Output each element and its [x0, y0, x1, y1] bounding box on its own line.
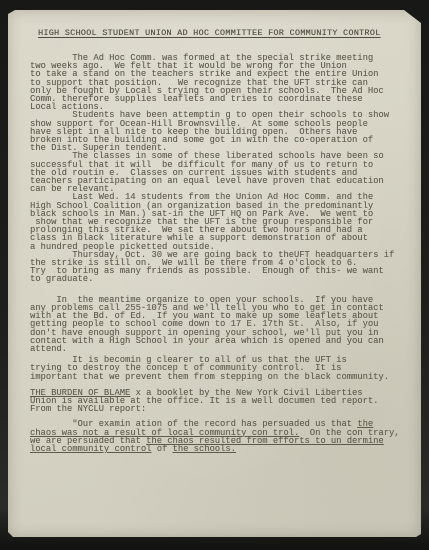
- text-line: contact with a High School in your area …: [30, 337, 421, 345]
- text-line: important that we prevent them from step…: [30, 373, 421, 381]
- paragraph: Last Wed. 14 students from the Union Ad …: [30, 193, 421, 250]
- paragraph: It is becomin g clearer to all of us tha…: [30, 356, 421, 381]
- scan-background: { "frame": { "background_color": "#1f1f1…: [0, 0, 429, 550]
- paragraph: Students have been attemptin g to open t…: [30, 111, 421, 152]
- document-body: The Ad Hoc Comm. was formed at the speci…: [30, 54, 421, 453]
- paragraph: In the meantime organize to open your sc…: [30, 296, 421, 353]
- paragraph: Thursday, Oct. 30 we are going back to t…: [30, 251, 421, 284]
- text-line: attend.: [30, 345, 421, 353]
- text-line: local community control of the schools.: [30, 445, 421, 453]
- paragraph: "Our examin ation of the record has pers…: [30, 420, 421, 453]
- document-title: HIGH SCHOOL STUDENT UNION AD HOC COMMITT…: [38, 28, 421, 38]
- paragraph: The classes in some of these liberated s…: [30, 152, 421, 193]
- document-page: HIGH SCHOOL STUDENT UNION AD HOC COMMITT…: [8, 10, 421, 537]
- paragraph: The Ad Hoc Comm. was formed at the speci…: [30, 54, 421, 111]
- text-line: From the NYCLU report:: [30, 405, 421, 413]
- text-line: to graduate.: [30, 275, 421, 283]
- paragraph: THE BURDEN OF BLAME x a booklet by the N…: [30, 389, 421, 414]
